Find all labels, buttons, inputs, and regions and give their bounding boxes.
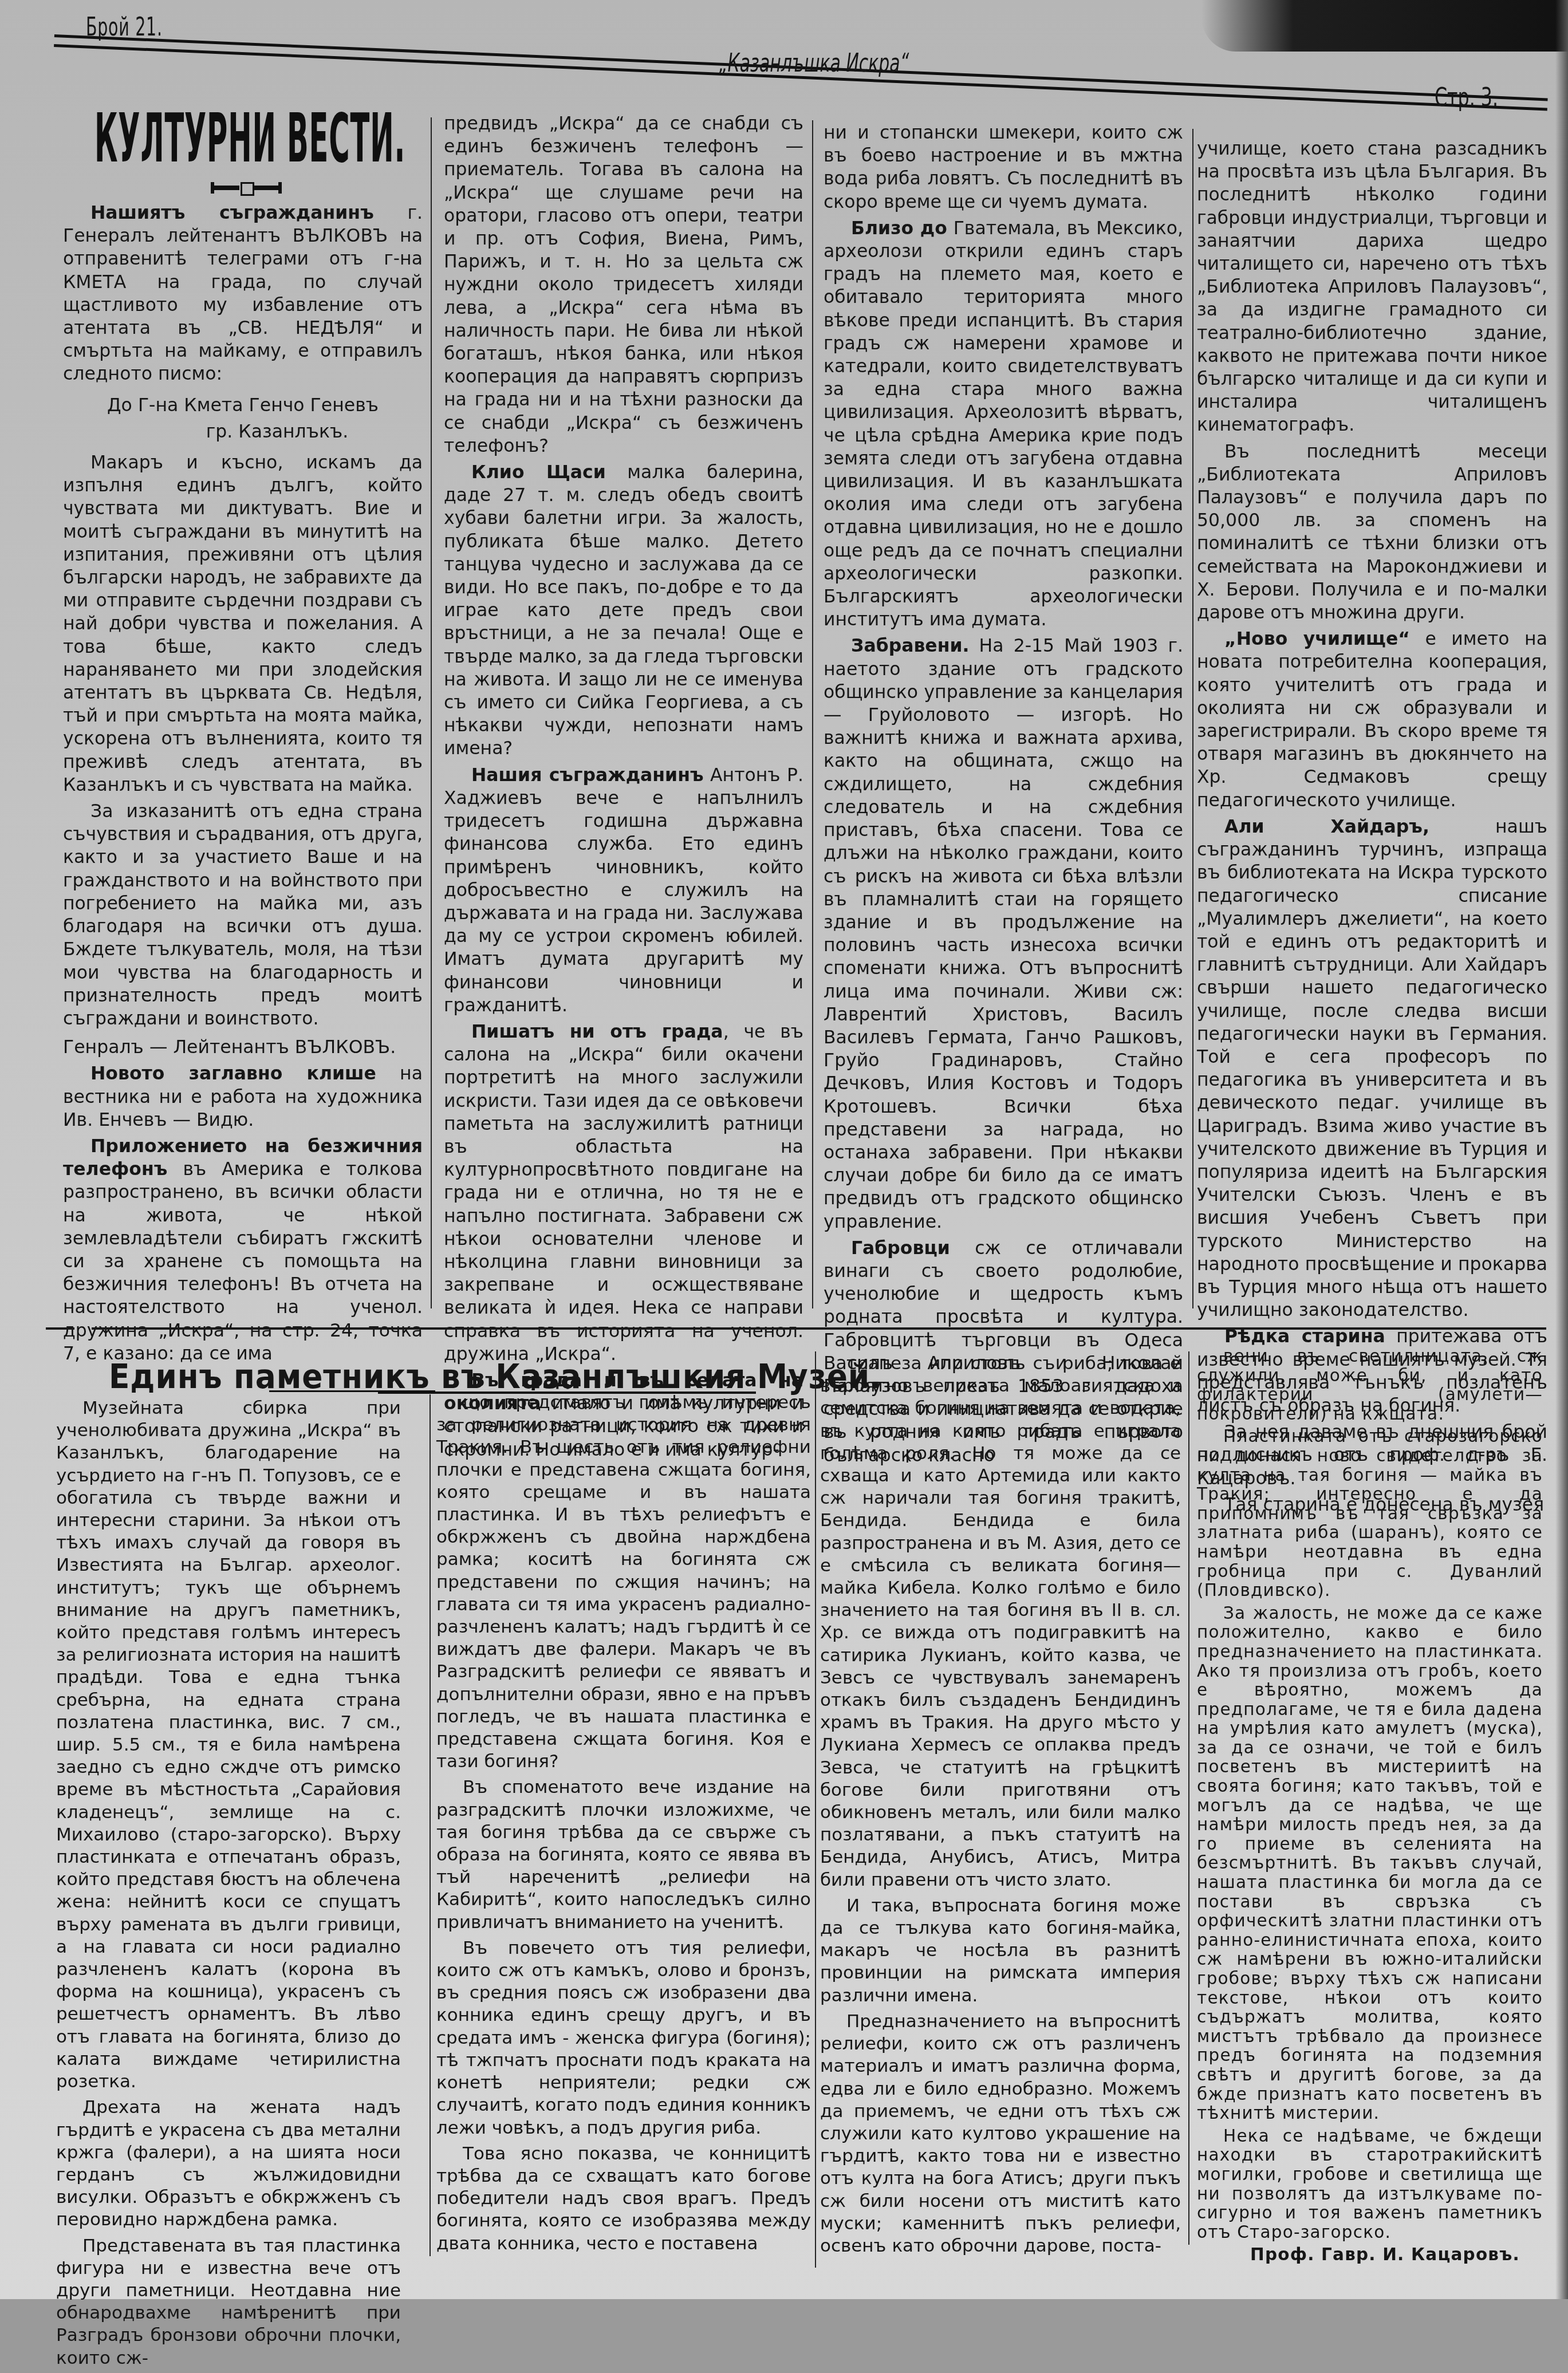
section-separator xyxy=(46,1327,74,1330)
column-rule xyxy=(1188,1351,1189,2245)
letter-paragraph-1: Макаръ и късно, искамъ да изпълня единъ … xyxy=(63,451,423,797)
article-paragraph: И така, въпросната богиня може да се тъл… xyxy=(820,1895,1181,2007)
article-paragraph: Нека се надѣваме, че бждещи находки въ с… xyxy=(1197,2127,1543,2242)
section-separator xyxy=(92,1327,1546,1330)
ornament-divider-icon xyxy=(211,182,282,195)
page-edge-shadow xyxy=(1555,0,1568,2299)
letter-address: До Г-на Кмета Генчо Геневъ xyxy=(63,394,423,417)
article-paragraph: Музейната сбирка при ученолюбивата дружи… xyxy=(56,1397,401,2093)
news-item-new-school: „Ново училище“ е името на новата потреби… xyxy=(1197,628,1547,812)
letter-paragraph-2: За изказанитѣ отъ една страна съчувствия… xyxy=(63,800,423,1030)
article-column-1: Музейната сбирка при ученолюбивата дружи… xyxy=(56,1397,401,2299)
masthead: Брой 21. „Казанлъшка Искра“ Стр. 3. xyxy=(0,0,1568,115)
column-rule xyxy=(812,120,813,1308)
news-item-ali-haydar: Али Хайдаръ, нашъ съгражданинъ турчинъ, … xyxy=(1197,815,1547,1322)
news-item-masthead-cliche: Новото заглавно клише на вестника ни е р… xyxy=(63,1062,423,1132)
news-item-wireless-phone: Приложението на безжичния телефонъ въ Ам… xyxy=(63,1135,423,1365)
news-column-1: Нашиятъ съгражданинъ г. Генералъ лейтена… xyxy=(63,202,423,1369)
news-item-hadzhiev: Нашия съгражданинъ Антонъ Р. Хаджиевъ ве… xyxy=(444,764,803,1017)
newspaper-page: Брой 21. „Казанлъшка Искра“ Стр. 3. КУЛТ… xyxy=(0,0,1568,2299)
article-signature: Проф. Гавр. И. Кацаровъ. xyxy=(1197,2245,1543,2265)
page-number: Стр. 3. xyxy=(1435,83,1498,112)
column-rule xyxy=(1192,129,1193,1308)
column-rule xyxy=(815,1351,816,2268)
article-paragraph: Дрехата на жената надъ гърдитѣ е украсен… xyxy=(56,2096,401,2231)
article-column-3: трапеза или столъ съ риба; това е вѣроят… xyxy=(820,1353,1181,2261)
article-column-4: вени въ светилницата, сж служили, може б… xyxy=(1197,1347,1543,2268)
news-item-guatemala: Близо до Гватемала, въ Мексико, археолоз… xyxy=(824,217,1183,632)
news-item-gabrovo-cont: училище, което стана разсадникъ на просв… xyxy=(1197,137,1547,437)
news-item-volkov: Нашиятъ съгражданинъ г. Генералъ лейтена… xyxy=(63,202,423,386)
article-paragraph: За жалость, не може да се каже положител… xyxy=(1197,1604,1543,2123)
article-paragraph: Пластинката отъ старозагорско ни донася … xyxy=(1197,1427,1543,1600)
news-item-clio-stasi: Клио Щаси малка балерина, даде 27 т. м. … xyxy=(444,461,803,760)
article-paragraph: Въ повечето отъ тия релиефи, които сж от… xyxy=(436,1937,811,2139)
news-column-2: предвидъ „Искра“ да се снабди съ единъ б… xyxy=(444,112,803,1465)
article-paragraph: Това ясно показва, че конницитѣ трѣбва д… xyxy=(436,2143,811,2255)
article-column-2: що представятъ голѣмъ интересъ за религи… xyxy=(436,1392,811,2258)
article-paragraph: Предназначението на въпроснитѣ релиефи, … xyxy=(820,2011,1181,2257)
news-item-library-gift: Въ последнитѣ месеци „Библиотеката Април… xyxy=(1197,440,1547,625)
article-title: Единъ паметникъ въ Казанлъшкия Музей. xyxy=(109,1357,882,1396)
article-paragraph: трапеза или столъ съ риба; това е вѣроят… xyxy=(820,1353,1181,1891)
newspaper-name: „Казанлъшка Искра“ xyxy=(719,49,909,78)
article-paragraph: що представятъ голѣмъ интересъ за религи… xyxy=(436,1392,811,1773)
letter-signature: Генралъ — Лейтенантъ ВЪЛКОВЪ. xyxy=(63,1036,423,1059)
article-paragraph: вени въ светилницата, сж служили, може б… xyxy=(1197,1347,1543,1424)
news-item-portraits: Пишатъ ни отъ града, че въ салона на „Ис… xyxy=(444,1020,803,1366)
letter-city: гр. Казанлъкъ. xyxy=(63,420,423,443)
news-item-villages-cont: ни и стопански шмекери, които сж въ боев… xyxy=(824,121,1183,214)
column-rule xyxy=(431,117,432,1308)
news-column-3: ни и стопански шмекери, които сж въ боев… xyxy=(824,121,1183,1471)
news-column-4: училище, което стана разсадникъ на просв… xyxy=(1197,137,1547,1520)
news-item-wireless-cont: предвидъ „Искра“ да се снабди съ единъ б… xyxy=(444,112,803,458)
news-item-forgotten: Забравени. На 2-15 Май 1903 г. наетото з… xyxy=(824,634,1183,1233)
section-title: КУЛТУРНИ ВЕСТИ. xyxy=(94,98,405,178)
column-rule xyxy=(430,1394,431,2256)
article-paragraph: Въ споменатото вече издание на разградск… xyxy=(436,1776,811,1933)
article-paragraph: Представената въ тая пластинка фигура ни… xyxy=(56,2235,401,2299)
